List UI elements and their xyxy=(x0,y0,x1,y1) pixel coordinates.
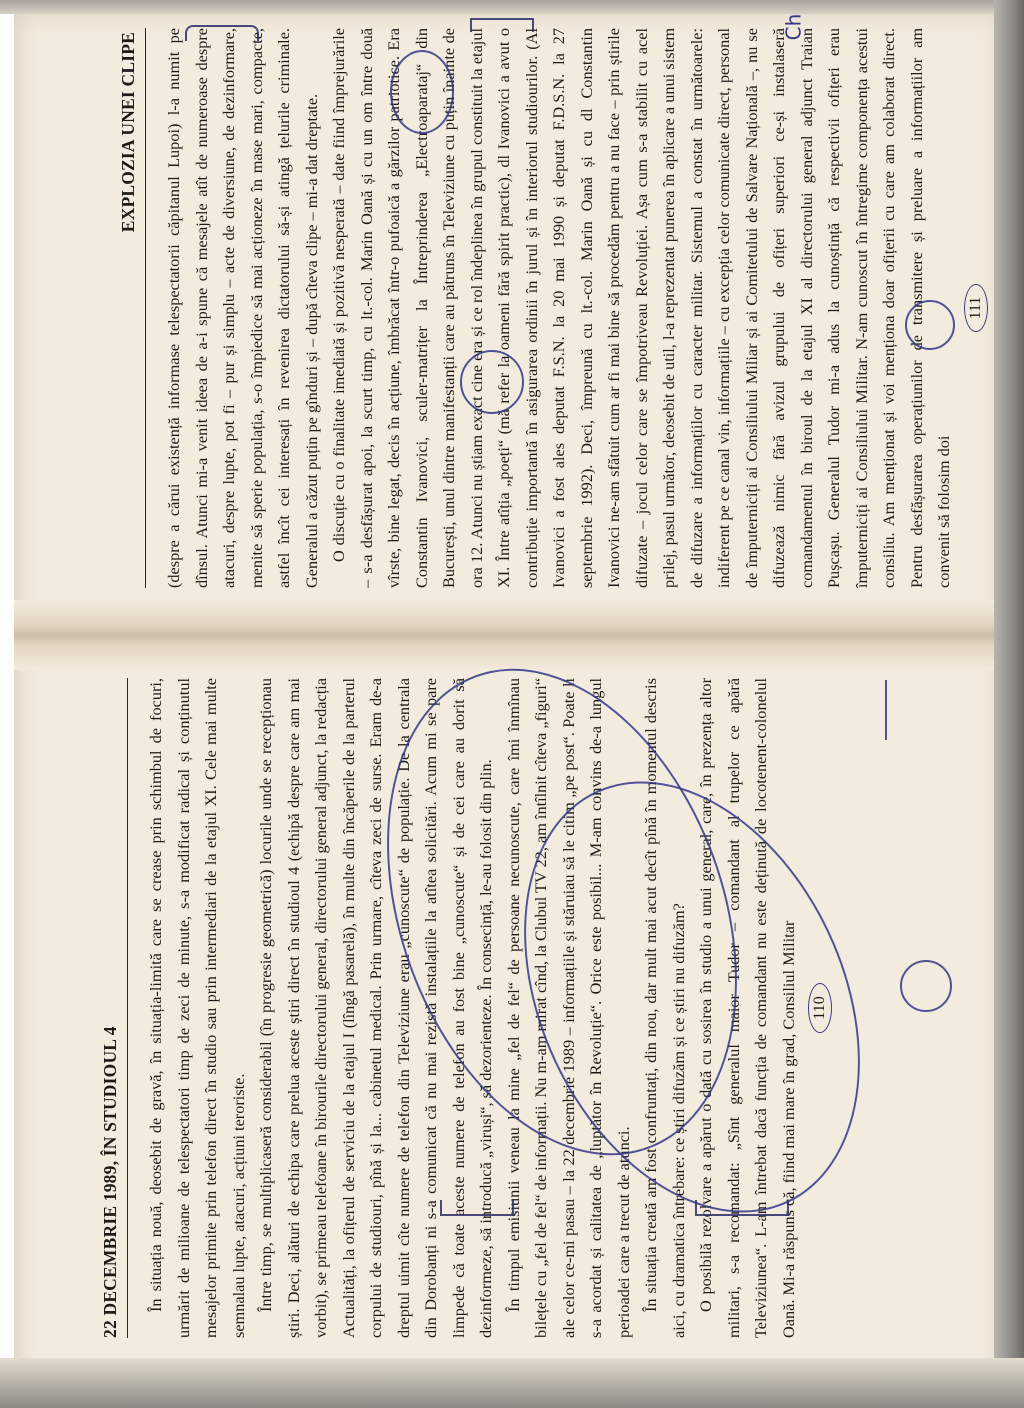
pen-circle-page-110 xyxy=(900,960,952,1012)
pen-bracket xyxy=(440,1200,514,1216)
pen-bracket xyxy=(695,1200,789,1216)
page-number-111: 111 xyxy=(964,28,988,588)
page-111: EXPLOZIA UNEI CLIPE (despre a cărui exis… xyxy=(118,28,918,588)
running-head-right: EXPLOZIA UNEI CLIPE xyxy=(118,28,146,588)
page-111-body: (despre a cărui existență informase tele… xyxy=(160,28,958,588)
pen-circle-poeti xyxy=(460,350,524,414)
pen-bracket xyxy=(470,18,534,32)
right-edge-shadow xyxy=(994,0,1024,1408)
bottom-edge-shadow xyxy=(0,1358,1024,1408)
pen-line xyxy=(885,680,887,740)
top-edge-shadow xyxy=(0,0,1000,14)
paragraph: În situația nouă, deosebit de gravă, în … xyxy=(142,678,252,1338)
paragraph: (despre a cărui existență informase tele… xyxy=(160,28,325,588)
running-head-left: 22 DECEMBRIE 1989, ÎN STUDIOUL 4 xyxy=(100,678,128,1338)
pen-circle-ivanovici xyxy=(390,50,454,134)
pen-bracket xyxy=(185,25,259,41)
pen-circle-page-111 xyxy=(905,300,955,350)
margin-note: Ch xyxy=(781,14,805,41)
book-gutter xyxy=(14,600,1004,670)
